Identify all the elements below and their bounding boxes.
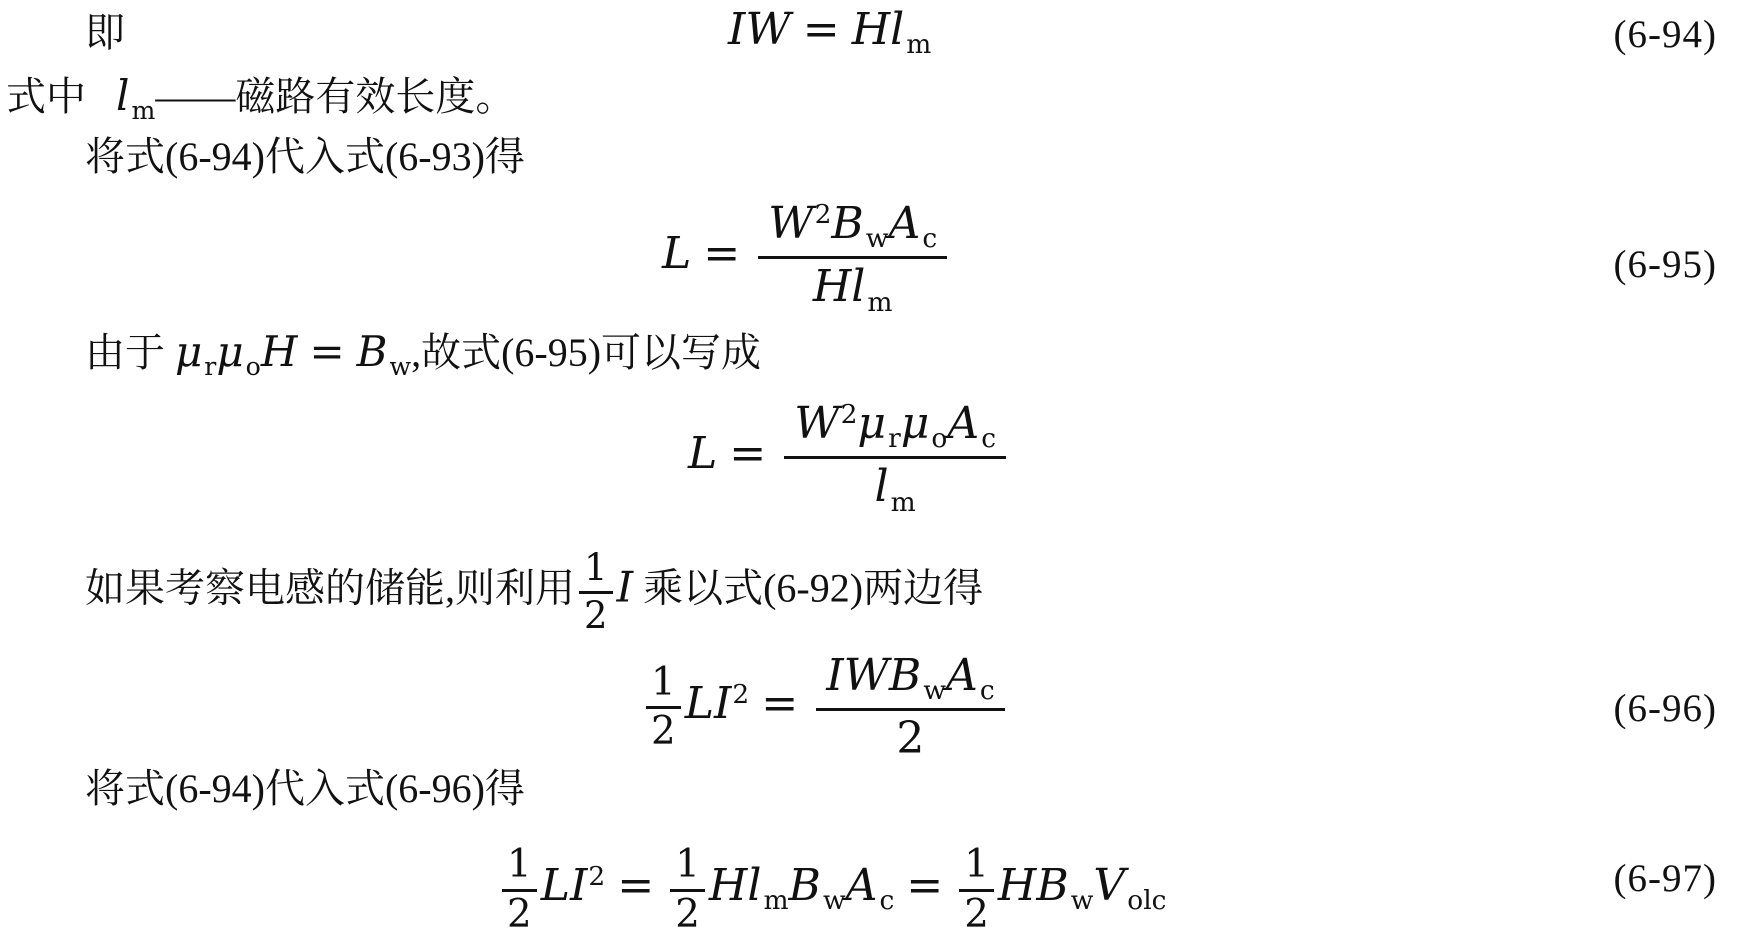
math-symbol: W2 [794, 398, 857, 449]
math-symbol: μr [857, 398, 900, 449]
cjk-text: 将式(6-94)代入式(6-93)得 [85, 134, 525, 179]
equation-6-97-number: (6-97) [1614, 856, 1717, 901]
math-symbol: Hlm [709, 860, 789, 911]
fraction-numerator: W2BwAc [758, 200, 947, 259]
fraction: 12 [579, 548, 613, 636]
math-symbol: IW [728, 4, 791, 55]
math-symbol: lm [875, 461, 916, 512]
fraction-denominator: 2 [579, 594, 613, 637]
math-symbol: = [906, 860, 943, 911]
cjk-text: 将式(6-94)代入式(6-96)得 [85, 766, 525, 811]
fraction-denominator: 2 [816, 711, 1004, 764]
fraction: W2BwAcHlm [758, 200, 947, 317]
math-symbol: Bw [789, 860, 846, 911]
math-symbol: 1 [675, 842, 700, 887]
fraction-numerator: IWBwAc [816, 652, 1004, 711]
math-symbol: = [617, 860, 654, 911]
math-symbol: 2 [584, 594, 608, 637]
fraction: 12 [502, 844, 537, 934]
math-symbol: Ac [946, 650, 995, 701]
fraction-numerator: 1 [670, 844, 705, 892]
fraction: 12 [959, 844, 994, 934]
fraction: W2μrμoAclm [784, 400, 1006, 517]
fraction-denominator: 2 [670, 892, 705, 934]
math-symbol: I [617, 562, 634, 611]
cjk-text: ——磁路有效长度。 [155, 74, 515, 119]
math-symbol: 1 [651, 660, 676, 705]
equation-6-95-number: (6-95) [1614, 242, 1717, 287]
math-symbol: 2 [675, 892, 700, 934]
fraction: IWBwAc2 [816, 652, 1004, 764]
math-symbol: 2 [651, 709, 676, 754]
math-symbol: H [261, 327, 298, 376]
cjk-text: 如果考察电感的储能,则利用 [85, 565, 575, 610]
equation-6-94-formula: IW=Hlm [728, 4, 931, 61]
text-line-substitute-2: 将式(6-94)代入式(6-96)得 [85, 764, 525, 814]
math-symbol: = [803, 4, 840, 55]
math-symbol: Ac [846, 860, 895, 911]
math-symbol: IWBw [826, 650, 946, 701]
math-symbol: lm [116, 71, 155, 120]
equation-6-96-formula: 12LI2=IWBwAc2 [642, 652, 1011, 764]
fraction-numerator: 1 [959, 844, 994, 892]
math-symbol: μo [216, 327, 260, 376]
math-symbol: Volc [1093, 860, 1166, 911]
fraction-denominator: 2 [502, 892, 537, 934]
math-symbol: 1 [584, 546, 608, 589]
equation-6-95-formula: L=W2BwAcHlm [662, 200, 953, 317]
math-symbol: 1 [507, 842, 532, 887]
fraction: 12 [670, 844, 705, 934]
equation-6-96-number: (6-96) [1614, 686, 1717, 731]
text-line-shizhong: 式中 lm——磁路有效长度。 [6, 70, 515, 126]
fraction-numerator: 1 [579, 548, 613, 594]
math-symbol: Bw [357, 327, 411, 376]
cjk-text: 由于 [85, 330, 175, 375]
math-symbol: μo [901, 398, 948, 449]
math-symbol: 1 [964, 842, 989, 887]
document-page: 即 IW=Hlm (6-94) 式中 lm——磁路有效长度。 将式(6-94)代… [0, 0, 1740, 934]
math-symbol: = [309, 327, 344, 376]
math-symbol: 2 [964, 892, 989, 934]
math-symbol: L [688, 428, 717, 479]
text-line-ruguo: 如果考察电感的储能,则利用12I 乘以式(6-92)两边得 [85, 548, 983, 636]
math-symbol: 2 [507, 892, 532, 934]
cjk-text: 即 [85, 10, 125, 55]
math-symbol: LI2 [541, 860, 606, 911]
fraction-numerator: 1 [646, 662, 681, 710]
cjk-text: 式中 [6, 74, 116, 119]
equation-6-97-formula: 12LI2=12HlmBwAc=12HBwVolc [498, 844, 1166, 934]
math-symbol: = [703, 228, 740, 279]
equation-6-94-number: (6-94) [1614, 12, 1717, 57]
math-symbol: Ac [947, 398, 996, 449]
math-symbol: W2 [768, 198, 831, 249]
cjk-text: ,故式(6-95)可以写成 [411, 330, 761, 375]
text-line-youyu: 由于 μrμoH=Bw,故式(6-95)可以写成 [85, 326, 761, 382]
math-symbol: Hlm [852, 4, 932, 55]
math-symbol: = [761, 678, 798, 729]
fraction-denominator: lm [784, 459, 1006, 516]
math-symbol: Hlm [813, 261, 893, 312]
fraction: 12 [646, 662, 681, 754]
fraction-numerator: W2μrμoAc [784, 400, 1006, 459]
math-symbol: Bw [831, 198, 888, 249]
math-symbol: Ac [888, 198, 937, 249]
fraction-denominator: Hlm [758, 259, 947, 316]
math-symbol: LI2 [685, 678, 750, 729]
fraction-denominator: 2 [646, 709, 681, 754]
math-symbol: μr [175, 327, 216, 376]
math-symbol: L [662, 228, 691, 279]
cjk-text: 乘以式(6-92)两边得 [633, 565, 983, 610]
fraction-numerator: 1 [502, 844, 537, 892]
math-symbol: HBw [998, 860, 1094, 911]
math-symbol: 2 [896, 713, 924, 764]
text-line-ji: 即 [85, 8, 125, 58]
text-line-substitute-1: 将式(6-94)代入式(6-93)得 [85, 132, 525, 182]
fraction-denominator: 2 [959, 892, 994, 934]
math-symbol: = [729, 428, 766, 479]
equation-mu-formula: L=W2μrμoAclm [688, 400, 1012, 517]
